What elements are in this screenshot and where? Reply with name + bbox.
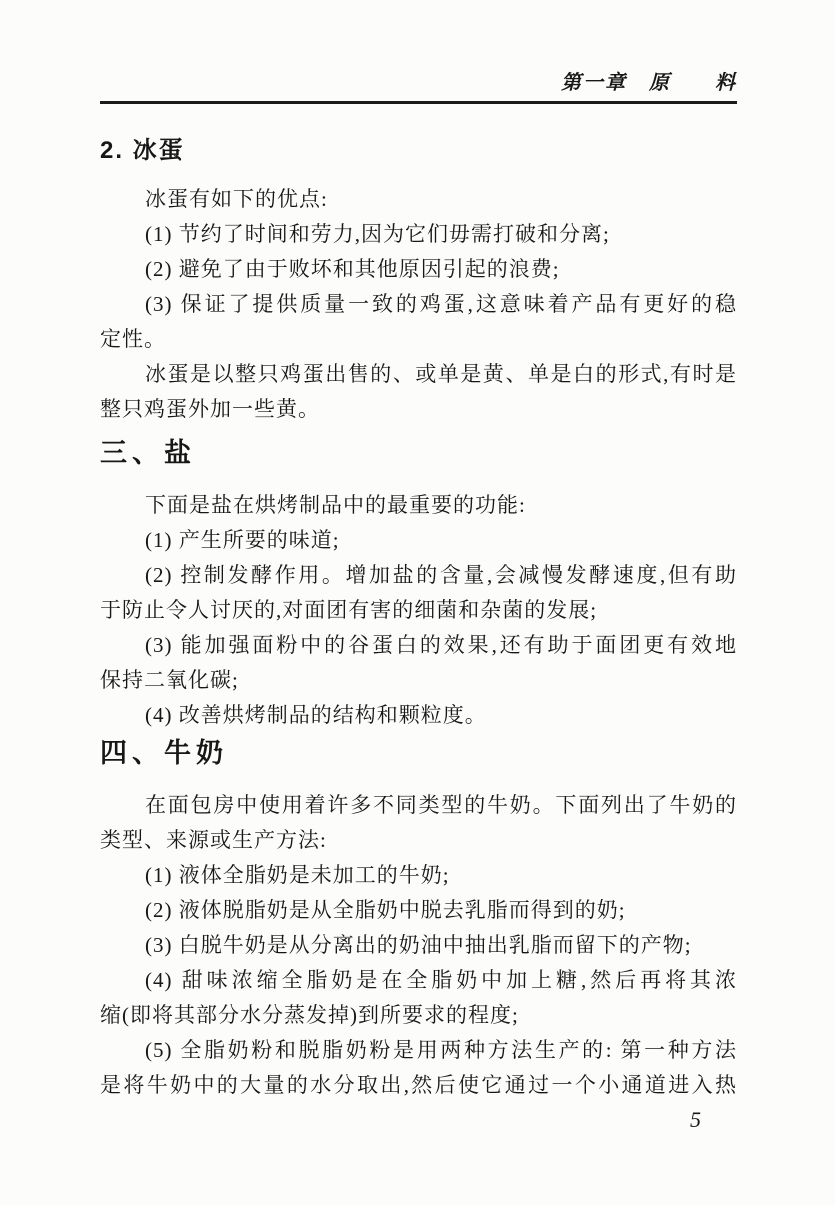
- text-line: (2) 避免了由于败坏和其他原因引起的浪费;: [100, 252, 737, 287]
- text-line: (1) 节约了时间和劳力,因为它们毋需打破和分离;: [100, 217, 737, 252]
- text-line: (4) 甜味浓缩全脂奶是在全脂奶中加上糖,然后再将其浓: [100, 963, 737, 998]
- page-number: 5: [100, 1105, 737, 1135]
- text-line: 整只鸡蛋外加一些黄。: [100, 392, 737, 427]
- section-heading-ice-egg: 2. 冰蛋: [100, 136, 737, 166]
- scanned-book-page: 第一章 原 料 2. 冰蛋 冰蛋有如下的优点: (1) 节约了时间和劳力,因为它…: [0, 0, 835, 1205]
- running-header: 第一章 原 料: [100, 70, 737, 104]
- section-heading-milk: 四、牛奶: [100, 736, 737, 770]
- text-line: 类型、来源或生产方法:: [100, 823, 737, 858]
- page-content: 第一章 原 料 2. 冰蛋 冰蛋有如下的优点: (1) 节约了时间和劳力,因为它…: [0, 0, 835, 1135]
- text-line: (2) 控制发酵作用。增加盐的含量,会减慢发酵速度,但有助: [100, 558, 737, 593]
- text-line: (3) 能加强面粉中的谷蛋白的效果,还有助于面团更有效地: [100, 628, 737, 663]
- section-milk: 在面包房中使用着许多不同类型的牛奶。下面列出了牛奶的 类型、来源或生产方法: (…: [100, 788, 737, 1103]
- section-ice-egg: 冰蛋有如下的优点: (1) 节约了时间和劳力,因为它们毋需打破和分离; (2) …: [100, 182, 737, 427]
- text-line: (3) 白脱牛奶是从分离出的奶油中抽出乳脂而留下的产物;: [100, 928, 737, 963]
- text-line: 在面包房中使用着许多不同类型的牛奶。下面列出了牛奶的: [100, 788, 737, 823]
- text-line: (2) 液体脱脂奶是从全脂奶中脱去乳脂而得到的奶;: [100, 893, 737, 928]
- text-line: 冰蛋有如下的优点:: [100, 182, 737, 217]
- text-line: (1) 产生所要的味道;: [100, 523, 737, 558]
- text-line: 下面是盐在烘烤制品中的最重要的功能:: [100, 488, 737, 523]
- text-line: 冰蛋是以整只鸡蛋出售的、或单是黄、单是白的形式,有时是: [100, 357, 737, 392]
- text-line: 是将牛奶中的大量的水分取出,然后使它通过一个小通道进入热: [100, 1068, 737, 1103]
- section-heading-salt: 三、盐: [100, 436, 737, 470]
- text-line: 定性。: [100, 322, 737, 357]
- text-line: 保持二氧化碳;: [100, 663, 737, 698]
- text-line: (3) 保证了提供质量一致的鸡蛋,这意味着产品有更好的稳: [100, 287, 737, 322]
- text-line: (4) 改善烘烤制品的结构和颗粒度。: [100, 698, 737, 733]
- text-line: 于防止令人讨厌的,对面团有害的细菌和杂菌的发展;: [100, 593, 737, 628]
- section-salt: 下面是盐在烘烤制品中的最重要的功能: (1) 产生所要的味道; (2) 控制发酵…: [100, 488, 737, 733]
- text-line: (1) 液体全脂奶是未加工的牛奶;: [100, 858, 737, 893]
- text-line: 缩(即将其部分水分蒸发掉)到所要求的程度;: [100, 998, 737, 1033]
- text-line: (5) 全脂奶粉和脱脂奶粉是用两种方法生产的: 第一种方法: [100, 1033, 737, 1068]
